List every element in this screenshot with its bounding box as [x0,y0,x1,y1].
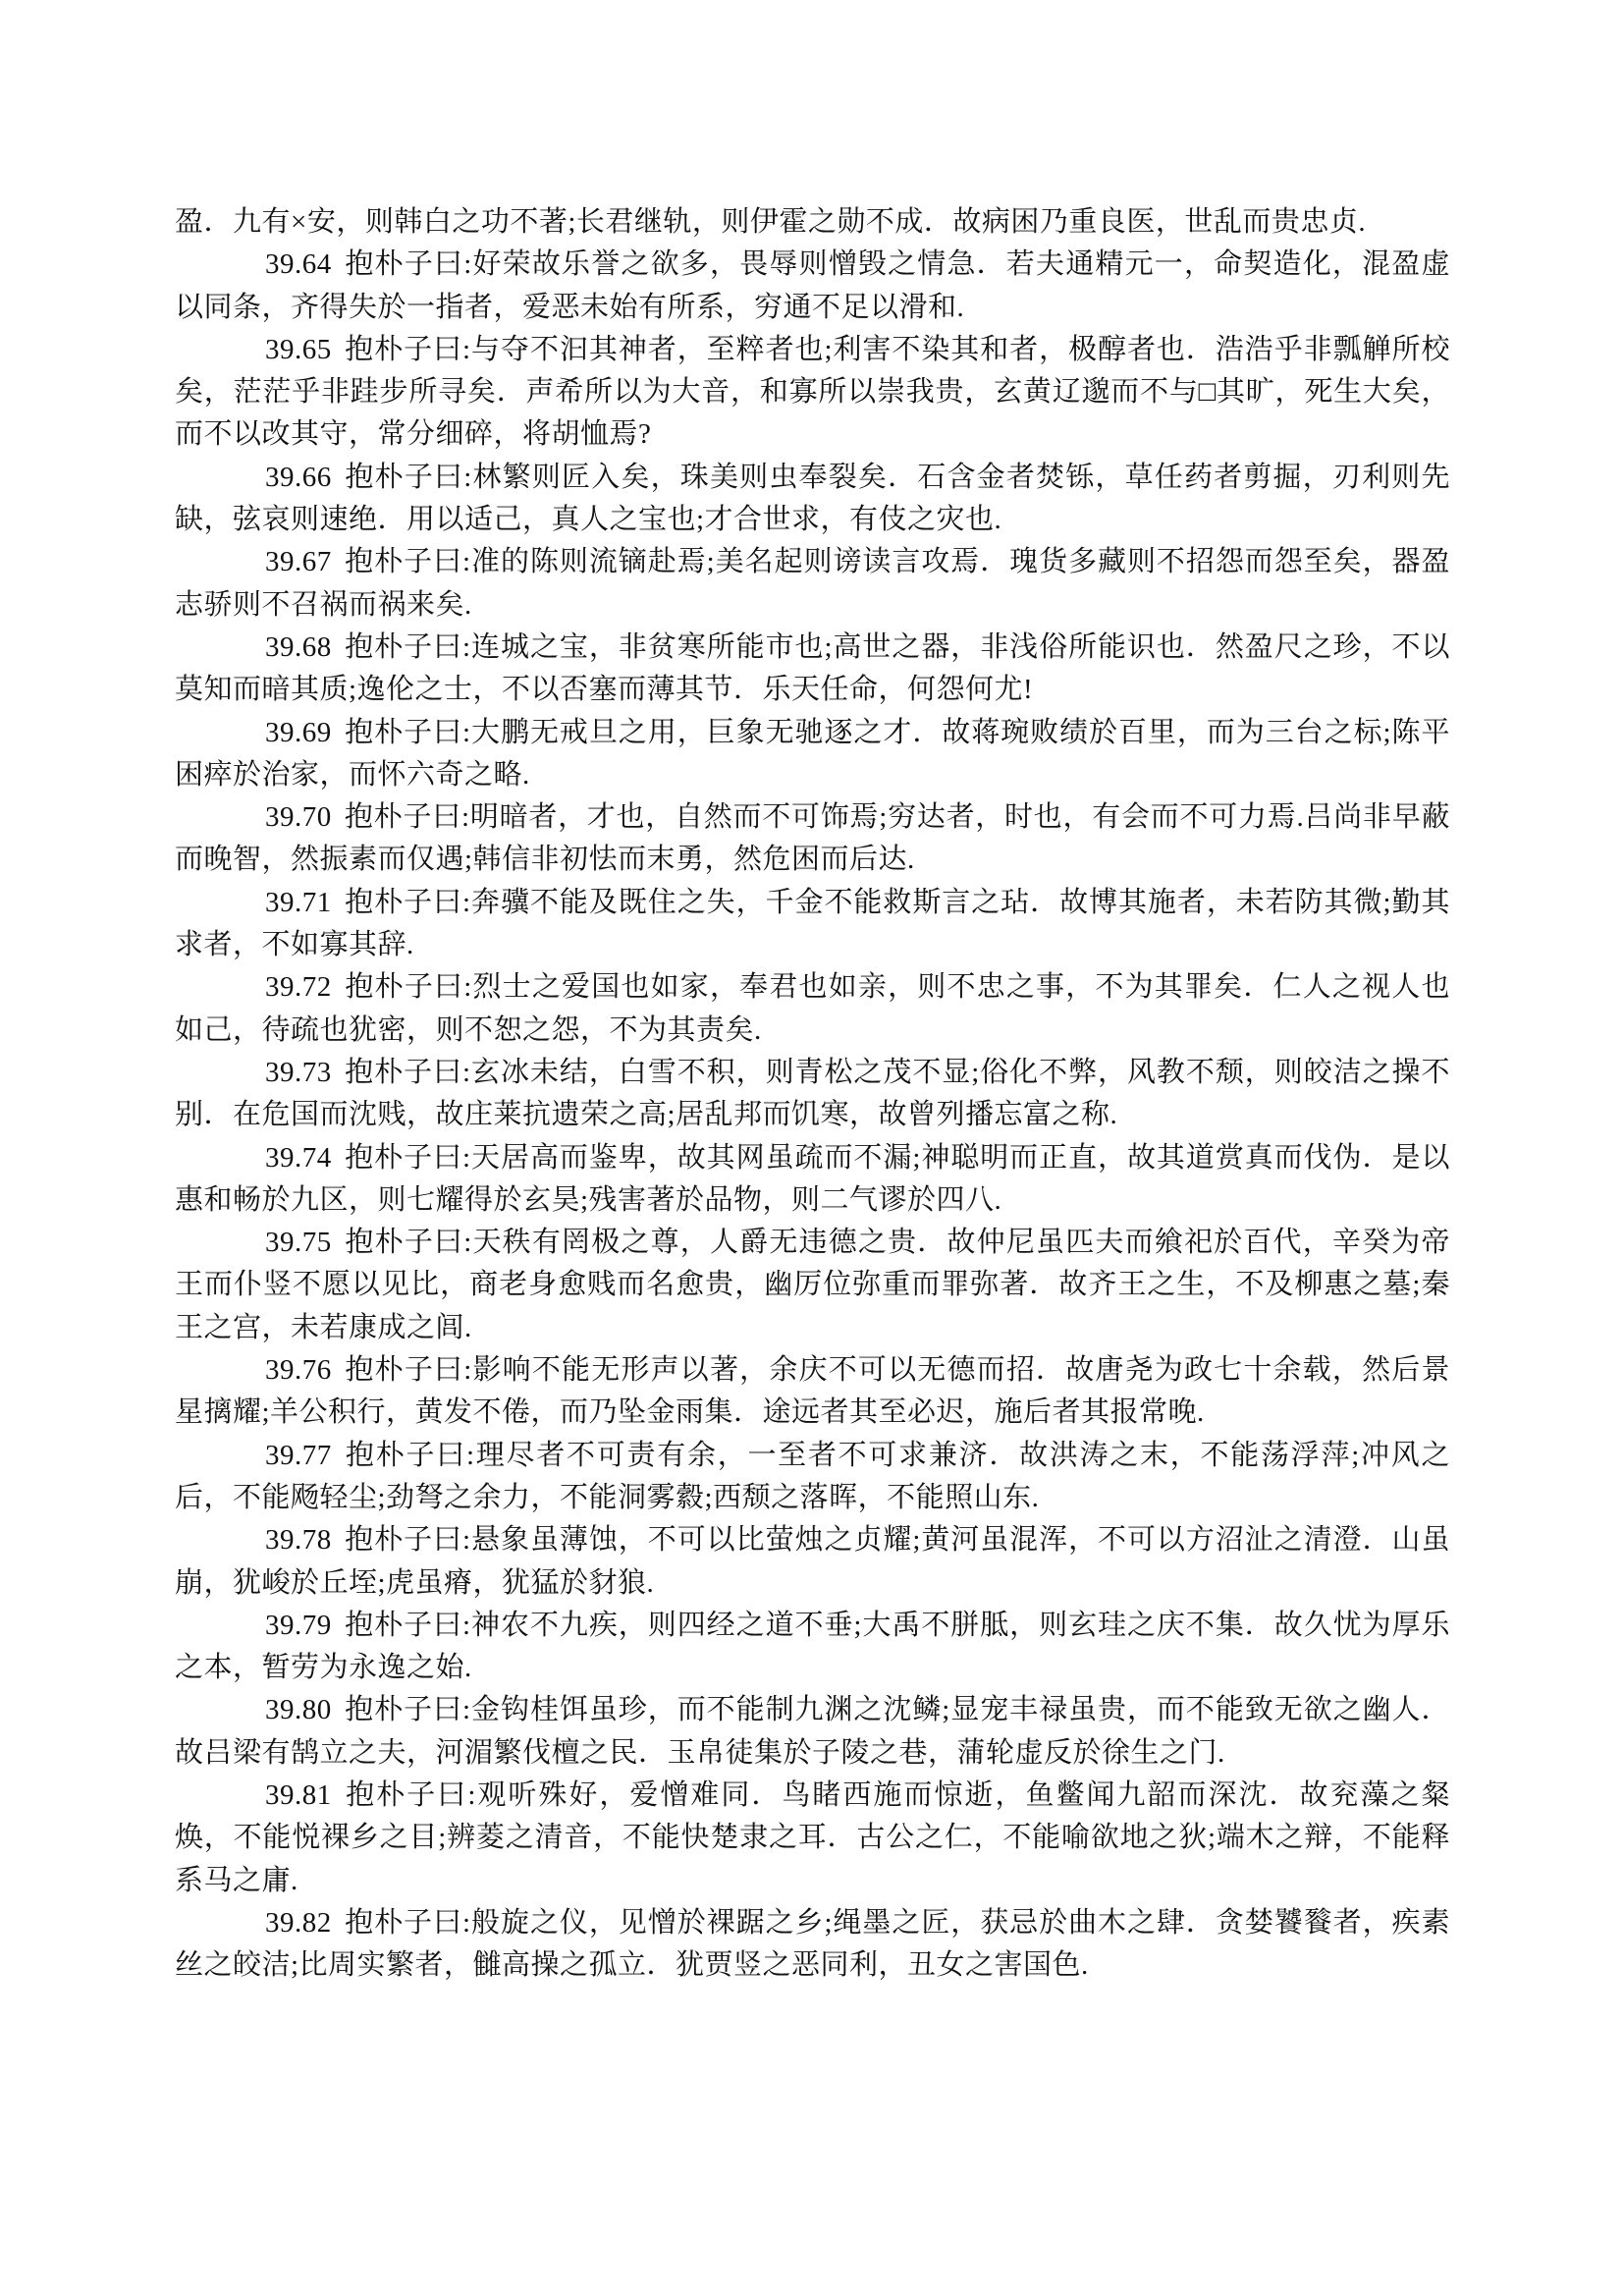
paragraph: 39.66抱朴子曰:林繁则匠入矣，珠美则虫奉裂矣．石含金者焚铄，草任药者剪掘，刃… [175,457,1450,542]
paragraph-number: 39.77 [265,1440,332,1471]
paragraph: 39.71抱朴子曰:奔骥不能及既住之失，千金不能救斯言之玷．故博其施者，未若防其… [175,882,1450,967]
paragraph: 39.72抱朴子曰:烈士之爱国也如家，奉君也如亲，则不忠之事，不为其罪矣．仁人之… [175,966,1450,1052]
paragraph: 39.76抱朴子曰:影响不能无形声以著，余庆不可以无德而招．故唐尧为政七十余载，… [175,1349,1450,1435]
paragraph-number: 39.75 [265,1227,332,1258]
document-page: 盈．九有×安，则韩白之功不著;长君继轨，则伊霍之勋不成．故病困乃重良医，世乱而贵… [0,0,1623,2296]
paragraph-number: 39.82 [265,1907,332,1939]
paragraph-number: 39.78 [265,1524,332,1556]
paragraph: 39.64抱朴子曰:好荣故乐誉之欲多，畏辱则憎毁之情急．若夫通精元一，命契造化，… [175,244,1450,329]
paragraph-text: 抱朴子曰:天居高而鉴卑，故其网虽疏而不漏;神聪明而正直，故其道赏真而伐伪．是以惠… [175,1142,1450,1216]
paragraph-text: 抱朴子曰:明暗者，才也，自然而不可饰焉;穷达者，时也，有会而不可力焉.吕尚非早蔽… [175,801,1450,875]
paragraph: 39.65抱朴子曰:与夺不汩其神者，至粹者也;利害不染其和者，极醇者也．浩浩乎非… [175,329,1450,457]
paragraph: 39.78抱朴子曰:悬象虽薄蚀，不可以比萤烛之贞耀;黄河虽混浑，不可以方沼沚之清… [175,1519,1450,1605]
paragraph: 39.74抱朴子曰:天居高而鉴卑，故其网虽疏而不漏;神聪明而正直，故其道赏真而伐… [175,1137,1450,1223]
paragraph-text: 抱朴子曰:神农不九疾，则四经之道不垂;大禹不胼胝，则玄珪之庆不集．故久忧为厚乐之… [175,1610,1450,1683]
paragraph-text: 抱朴子曰:天秩有罔极之尊，人爵无违德之贵．故仲尼虽匹夫而飨祀於百代，辛癸为帝王而… [175,1227,1450,1343]
paragraph-number: 39.73 [265,1057,332,1088]
paragraph-text: 抱朴子曰:观听殊好，爱憎难同．鸟睹西施而惊逝，鱼鳖闻九韶而深沈．故兖藻之粲焕，不… [175,1779,1450,1896]
paragraph-number: 39.69 [265,717,332,748]
paragraph-number: 39.71 [265,887,332,918]
paragraph-number: 39.74 [265,1142,332,1174]
paragraph-number: 39.67 [265,546,332,577]
paragraph-text: 抱朴子曰:准的陈则流镝赴焉;美名起则谤读言攻焉．瑰货多藏则不招怨而怨至矣，器盈志… [175,546,1450,620]
paragraph-text: 抱朴子曰:玄冰未结，白雪不积，则青松之茂不显;俗化不弊，风教不颓，则皎洁之操不别… [175,1057,1450,1130]
paragraph: 39.75抱朴子曰:天秩有罔极之尊，人爵无违德之贵．故仲尼虽匹夫而飨祀於百代，辛… [175,1222,1450,1349]
paragraph-number: 39.64 [265,248,332,280]
paragraph: 39.79抱朴子曰:神农不九疾，则四经之道不垂;大禹不胼胝，则玄珪之庆不集．故久… [175,1605,1450,1690]
paragraph-text: 抱朴子曰:大鹏无戒旦之用，巨象无驰逐之才．故蒋琬败绩於百里，而为三台之标;陈平困… [175,717,1450,791]
paragraph-number: 39.81 [265,1779,332,1811]
paragraph-number: 39.76 [265,1354,332,1386]
paragraph-number: 39.65 [265,334,332,365]
text-block: 盈．九有×安，则韩白之功不著;长君继轨，则伊霍之勋不成．故病困乃重良医，世乱而贵… [175,201,1450,1987]
paragraph-text: 抱朴子曰:与夺不汩其神者，至粹者也;利害不染其和者，极醇者也．浩浩乎非瓢觯所校矣… [175,334,1450,451]
paragraph-text: 抱朴子曰:好荣故乐誉之欲多，畏辱则憎毁之情急．若夫通精元一，命契造化，混盈虚以同… [175,248,1450,322]
paragraph: 39.81抱朴子曰:观听殊好，爱憎难同．鸟睹西施而惊逝，鱼鳖闻九韶而深沈．故兖藻… [175,1775,1450,1902]
paragraph-number: 39.79 [265,1610,332,1641]
paragraph-number: 39.70 [265,801,332,833]
continuation-paragraph: 盈．九有×安，则韩白之功不著;长君继轨，则伊霍之勋不成．故病困乃重良医，世乱而贵… [175,201,1450,244]
paragraph: 39.69抱朴子曰:大鹏无戒旦之用，巨象无驰逐之才．故蒋琬败绩於百里，而为三台之… [175,712,1450,797]
paragraph-text: 抱朴子曰:连城之宝，非贫寒所能市也;高世之器，非浅俗所能识也．然盈尺之珍，不以莫… [175,631,1450,705]
paragraph-number: 39.66 [265,462,332,493]
paragraph-number: 39.72 [265,971,332,1003]
paragraph: 39.82抱朴子曰:般旋之仪，见憎於裸踞之乡;绳墨之匠，获忌於曲木之肆．贪婪饕餮… [175,1902,1450,1988]
paragraph-text: 抱朴子曰:林繁则匠入矣，珠美则虫奉裂矣．石含金者焚铄，草任药者剪掘，刃利则先缺，… [175,462,1450,535]
paragraph-text: 抱朴子曰:影响不能无形声以著，余庆不可以无德而招．故唐尧为政七十余载，然后景星摛… [175,1354,1450,1428]
paragraph: 39.77抱朴子曰:理尽者不可责有余，一至者不可求兼济．故洪涛之末，不能荡浮萍;… [175,1435,1450,1520]
paragraph-text: 抱朴子曰:悬象虽薄蚀，不可以比萤烛之贞耀;黄河虽混浑，不可以方沼沚之清澄．山虽崩… [175,1524,1450,1598]
paragraph-text: 抱朴子曰:般旋之仪，见憎於裸踞之乡;绳墨之匠，获忌於曲木之肆．贪婪饕餮者，疾素丝… [175,1907,1450,1981]
paragraph-text: 抱朴子曰:烈士之爱国也如家，奉君也如亲，则不忠之事，不为其罪矣．仁人之视人也如己… [175,971,1450,1045]
paragraph: 39.70抱朴子曰:明暗者，才也，自然而不可饰焉;穷达者，时也，有会而不可力焉.… [175,796,1450,882]
paragraph: 39.73抱朴子曰:玄冰未结，白雪不积，则青松之茂不显;俗化不弊，风教不颓，则皎… [175,1052,1450,1137]
paragraph-number: 39.80 [265,1694,332,1725]
paragraph: 39.67抱朴子曰:准的陈则流镝赴焉;美名起则谤读言攻焉．瑰货多藏则不招怨而怨至… [175,541,1450,627]
paragraph: 39.68抱朴子曰:连城之宝，非贫寒所能市也;高世之器，非浅俗所能识也．然盈尺之… [175,627,1450,712]
paragraph-number: 39.68 [265,631,332,663]
paragraph-text: 抱朴子曰:金钩桂饵虽珍，而不能制九渊之沈鳞;显宠丰禄虽贵，而不能致无欲之幽人．故… [175,1694,1450,1768]
paragraph-text: 抱朴子曰:理尽者不可责有余，一至者不可求兼济．故洪涛之末，不能荡浮萍;冲风之后，… [175,1440,1450,1513]
paragraph: 39.80抱朴子曰:金钩桂饵虽珍，而不能制九渊之沈鳞;显宠丰禄虽贵，而不能致无欲… [175,1689,1450,1775]
paragraph-text: 抱朴子曰:奔骥不能及既住之失，千金不能救斯言之玷．故博其施者，未若防其微;勤其求… [175,887,1450,960]
